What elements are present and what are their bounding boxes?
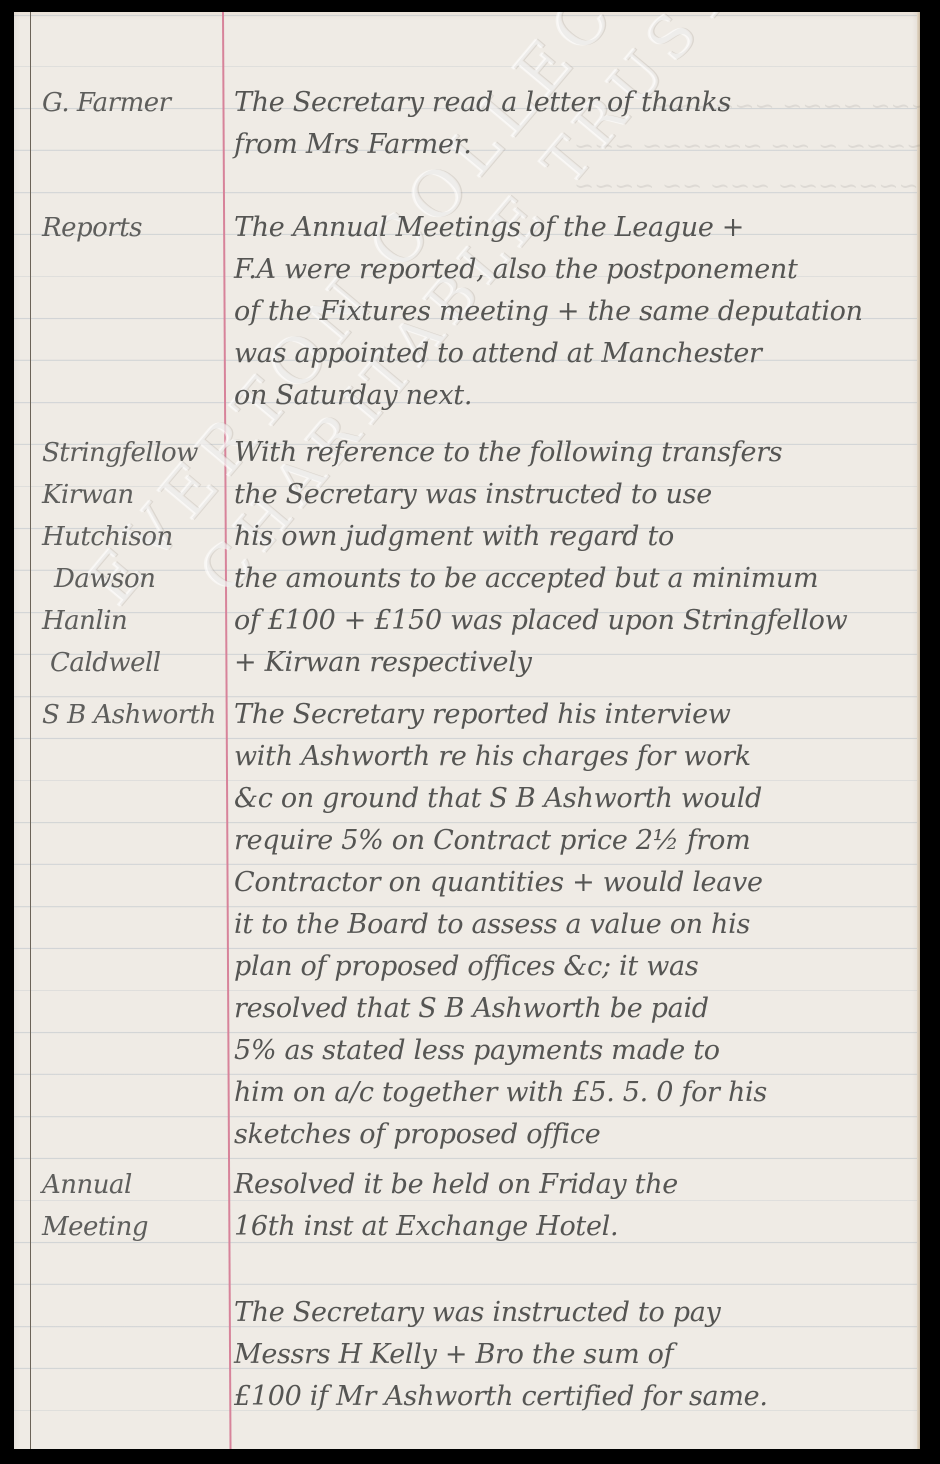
entry-text: The Secretary was instructed to pay Mess… [234, 1292, 904, 1418]
entry-label: S B Ashworth [42, 694, 220, 736]
minute-book-page: ~~~ ~~~~ ~~~~~~ ~~~~~ ~ ~~ ~~~~~~ ~~~ ~~… [14, 12, 920, 1449]
entry-text: The Annual Meetings of the League + F.A … [234, 207, 904, 417]
bleed-through-text: ~~~~ ~~~~~~~~ ~~~ ~~ ~~~~ [574, 172, 920, 200]
entry-label: Annual Meeting [42, 1164, 220, 1248]
red-margin-rule [222, 12, 231, 1449]
entry-label: Stringfellow Kirwan Hutchison Dawson Han… [42, 432, 220, 684]
entry-label: Reports [42, 207, 220, 249]
entry-text: The Secretary reported his interview wit… [234, 694, 904, 1156]
left-margin-rule [30, 12, 31, 1449]
entry-label: G. Farmer [42, 82, 220, 124]
entry-text: The Secretary read a letter of thanks fr… [234, 82, 904, 166]
entry-text: Resolved it be held on Friday the 16th i… [234, 1164, 904, 1248]
page-edge [917, 12, 920, 1449]
entry-text: With reference to the following transfer… [234, 432, 904, 684]
